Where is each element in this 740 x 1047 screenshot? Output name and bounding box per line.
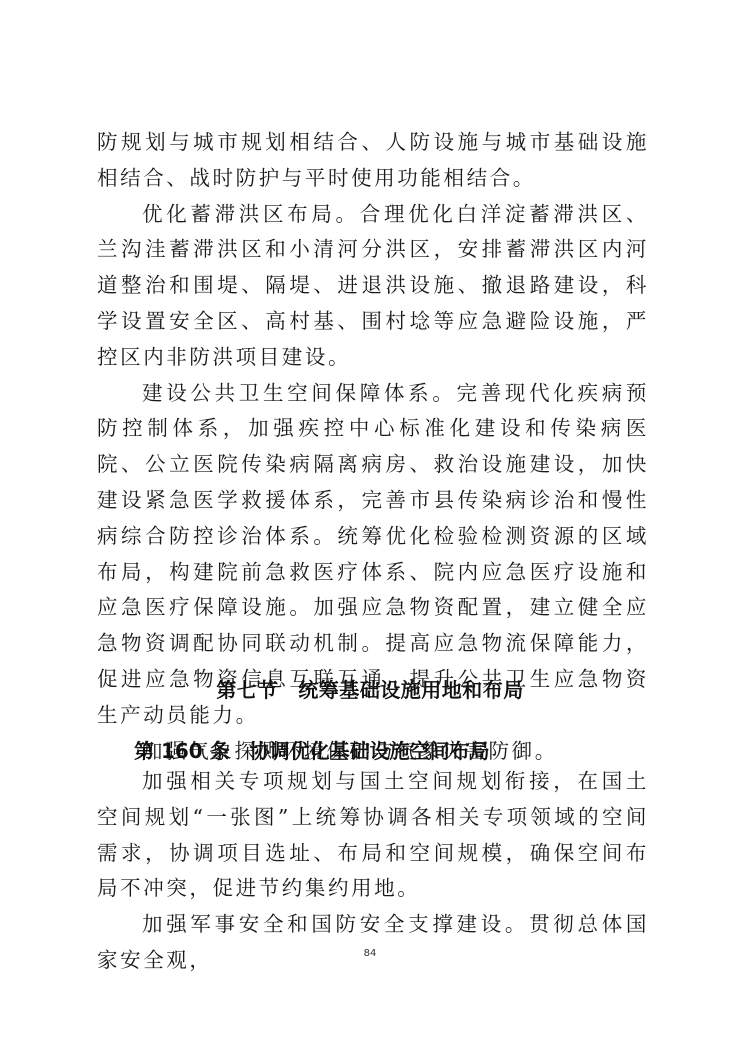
paragraph-national-security: 加强军事安全和国防安全支撑建设。贯彻总体国家安全观， — [97, 907, 649, 979]
page-number: 84 — [0, 948, 740, 959]
paragraph-civil-defense-continuation: 防规划与城市规划相结合、人防设施与城市基础设施相结合、战时防护与平时使用功能相结… — [97, 125, 649, 197]
document-page: 防规划与城市规划相结合、人防设施与城市基础设施相结合、战时防护与平时使用功能相结… — [0, 0, 740, 1047]
body-text-block-2: 加强相关专项规划与国土空间规划衔接，在国土空间规划“一张图”上统筹协调各相关专项… — [97, 764, 649, 979]
paragraph-spatial-coordination: 加强相关专项规划与国土空间规划衔接，在国土空间规划“一张图”上统筹协调各相关专项… — [97, 764, 649, 907]
section-title: 第七节 统筹基础设施用地和布局 — [0, 674, 740, 703]
body-text-block-1: 防规划与城市规划相结合、人防设施与城市基础设施相结合、战时防护与平时使用功能相结… — [97, 125, 649, 769]
paragraph-flood-storage: 优化蓄滞洪区布局。合理优化白洋淀蓄滞洪区、兰沟洼蓄滞洪区和小清河分洪区，安排蓄滞… — [97, 197, 649, 376]
article-title: 第 160 条 协调优化基础设施空间布局 — [134, 735, 490, 764]
